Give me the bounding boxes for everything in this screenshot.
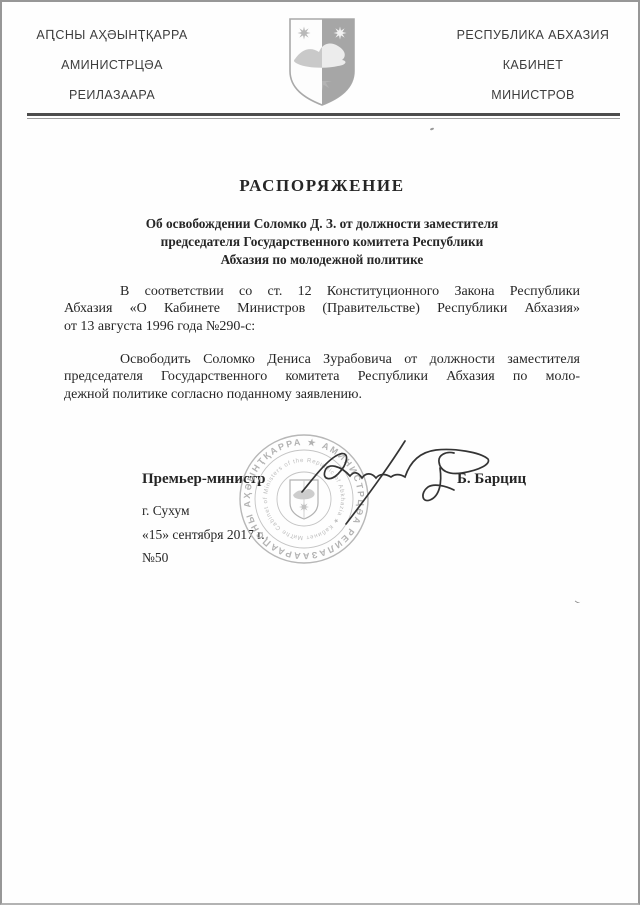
header-divider <box>27 113 620 119</box>
document-type-title: РАСПОРЯЖЕНИЕ <box>64 176 580 196</box>
letterhead-right-line: КАБИНЕТ <box>447 50 619 80</box>
letterhead-left: АԤСНЫ АҲӘЫНҬҚАРРА АМИНИСТРЦӘА РЕИЛАЗААРА <box>30 20 194 110</box>
document-city: г. Сухум <box>142 503 190 519</box>
document-subject: Об освобождении Соломко Д. З. от должнос… <box>64 215 580 269</box>
paragraph-line: дежной политике согласно поданному заявл… <box>64 386 580 403</box>
scan-artifact <box>430 127 434 130</box>
body-paragraph-resolution: Освободить Соломко Дениса Зурабовича от … <box>64 351 580 403</box>
paragraph-line: председателя Государственного комитета Р… <box>64 368 580 385</box>
subject-line: Об освобождении Соломко Д. З. от должнос… <box>64 215 580 233</box>
paragraph-line: Освободить Соломко Дениса Зурабовича от … <box>64 351 580 368</box>
paragraph-line: В соответствии со ст. 12 Конституционног… <box>64 283 580 300</box>
scan-artifact <box>575 599 581 604</box>
subject-line: Абхазия по молодежной политике <box>64 251 580 269</box>
letterhead-right-line: РЕСПУБЛИКА АБХАЗИЯ <box>447 20 619 50</box>
subject-line: председателя Государственного комитета Р… <box>64 233 580 251</box>
paragraph-line: Абхазия «О Кабинете Министров (Правитель… <box>64 300 580 317</box>
letterhead-left-line: АМИНИСТРЦӘА <box>30 50 194 80</box>
letterhead-left-line: РЕИЛАЗААРА <box>30 80 194 110</box>
handwritten-signature <box>294 424 504 534</box>
document-number: №50 <box>142 550 168 566</box>
document-page: АԤСНЫ АҲӘЫНҬҚАРРА АМИНИСТРЦӘА РЕИЛАЗААРА… <box>0 0 640 905</box>
letterhead-right-line: МИНИСТРОВ <box>447 80 619 110</box>
body-paragraph-legal-basis: В соответствии со ст. 12 Конституционног… <box>64 283 580 335</box>
letterhead-left-line: АԤСНЫ АҲӘЫНҬҚАРРА <box>30 20 194 50</box>
paragraph-line: от 13 августа 1996 года №290-с: <box>64 318 580 335</box>
coat-of-arms-icon <box>288 17 356 107</box>
letterhead-right: РЕСПУБЛИКА АБХАЗИЯ КАБИНЕТ МИНИСТРОВ <box>447 20 619 110</box>
